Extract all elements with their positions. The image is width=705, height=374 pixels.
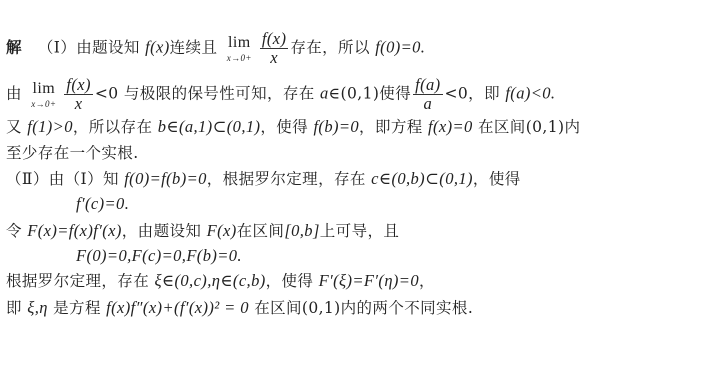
text: 又 [6, 118, 22, 136]
fraction: f(x)x [260, 30, 289, 67]
fraction-numerator: f(x) [64, 76, 93, 95]
text: 在区间 [237, 222, 285, 240]
text: 令 [6, 222, 22, 240]
math-expression: F′(ξ)=F′(η)=0 [319, 271, 419, 290]
text: 根据罗尔定理，存在 [6, 272, 149, 290]
fraction: f(a)a [413, 76, 442, 113]
math-expression: b∈(a,1)⊂(0,1) [158, 117, 261, 136]
lim-subscript: x→0+ [227, 53, 252, 63]
part-one-marker: （Ⅰ） [38, 39, 76, 57]
math-expression: F(x)=f(x)f′(x) [27, 221, 122, 240]
text: ，即方程 [359, 118, 423, 136]
math-expression: f(a)<0. [505, 84, 555, 103]
fraction-numerator: f(a) [413, 76, 442, 95]
text: 由 [6, 85, 22, 103]
solution-line-9: 根据罗尔定理，存在 ξ∈(0,c),η∈(c,b)，使得 F′(ξ)=F′(η)… [6, 271, 435, 291]
math-expression: [0,b] [284, 221, 319, 240]
math-expression: F(x) [207, 221, 237, 240]
fraction-denominator: a [413, 95, 442, 113]
text: ，由题设知 [122, 222, 202, 240]
solution-line-8: F(0)=0,F(c)=0,F(b)=0. [76, 246, 242, 266]
fraction-numerator: f(x) [260, 30, 289, 49]
text: 在区间(0,1)内 [478, 118, 580, 136]
text: ，使得 [473, 170, 521, 188]
text: ， [419, 272, 435, 290]
text: 存在，所以 [290, 39, 370, 57]
math-expression: ξ∈(0,c),η∈(c,b) [154, 271, 265, 290]
lim-word: lim [227, 35, 252, 51]
limit-operator: limx→0+ [227, 35, 252, 63]
fraction: f(x)x [64, 76, 93, 113]
text: 即 [6, 299, 22, 317]
text: 由（Ⅰ）知 [49, 170, 119, 188]
lim-word: lim [31, 81, 56, 97]
math-expression: f′(c)=0. [76, 194, 129, 213]
solution-line-2: 由 limx→0+f(x)x<0 与极限的保号性可知，存在 a∈(0,1)使得f… [6, 76, 555, 113]
text: 由题设知 [76, 39, 140, 57]
fraction-denominator: x [64, 95, 93, 113]
math-expression: f(x)f″(x)+(f′(x))² = 0 [106, 298, 249, 317]
text: 至少存在一个实根. [6, 144, 139, 162]
math-expression: c∈(0,b)⊂(0,1) [371, 169, 473, 188]
solution-line-1: 解 （Ⅰ）由题设知 f(x)连续且 limx→0+f(x)x存在，所以 f(0)… [6, 30, 425, 67]
limit-operator: limx→0+ [31, 81, 56, 109]
math-expression: f(0)=f(b)=0 [124, 169, 207, 188]
math-expression: f(1)>0 [27, 117, 73, 136]
solution-label: 解 [6, 38, 22, 57]
text: 是方程 [53, 299, 101, 317]
math-expression: f(x)=0 [428, 117, 473, 136]
part-two-marker: （Ⅱ） [6, 170, 49, 188]
solution-line-3: 又 f(1)>0，所以存在 b∈(a,1)⊂(0,1)，使得 f(b)=0，即方… [6, 117, 580, 137]
text: ，所以存在 [73, 118, 153, 136]
solution-line-4: 至少存在一个实根. [6, 143, 139, 163]
text: <0，即 [445, 85, 500, 103]
math-expression: f(x) [145, 38, 170, 57]
text: ，使得 [260, 118, 308, 136]
solution-line-5: （Ⅱ）由（Ⅰ）知 f(0)=f(b)=0，根据罗尔定理，存在 c∈(0,b)⊂(… [6, 169, 521, 189]
text: ∈(0,1)使得 [329, 85, 411, 103]
text: 连续且 [170, 39, 218, 57]
math-expression: F(0)=0,F(c)=0,F(b)=0. [76, 246, 242, 265]
text: 上可导，且 [320, 222, 400, 240]
math-expression: a [320, 84, 329, 103]
solution-line-6: f′(c)=0. [76, 194, 129, 214]
text: <0 与极限的保号性可知，存在 [95, 85, 315, 103]
math-expression: ξ,η [27, 298, 48, 317]
math-expression: f(0)=0. [375, 38, 425, 57]
text: 在区间(0,1)内的两个不同实根. [254, 299, 473, 317]
solution-line-10: 即 ξ,η 是方程 f(x)f″(x)+(f′(x))² = 0 在区间(0,1… [6, 298, 473, 318]
math-expression: f(b)=0 [313, 117, 359, 136]
solution-line-7: 令 F(x)=f(x)f′(x)，由题设知 F(x)在区间[0,b]上可导，且 [6, 221, 399, 241]
text: ，根据罗尔定理，存在 [207, 170, 366, 188]
text: ，使得 [266, 272, 314, 290]
lim-subscript: x→0+ [31, 99, 56, 109]
fraction-denominator: x [260, 49, 289, 67]
